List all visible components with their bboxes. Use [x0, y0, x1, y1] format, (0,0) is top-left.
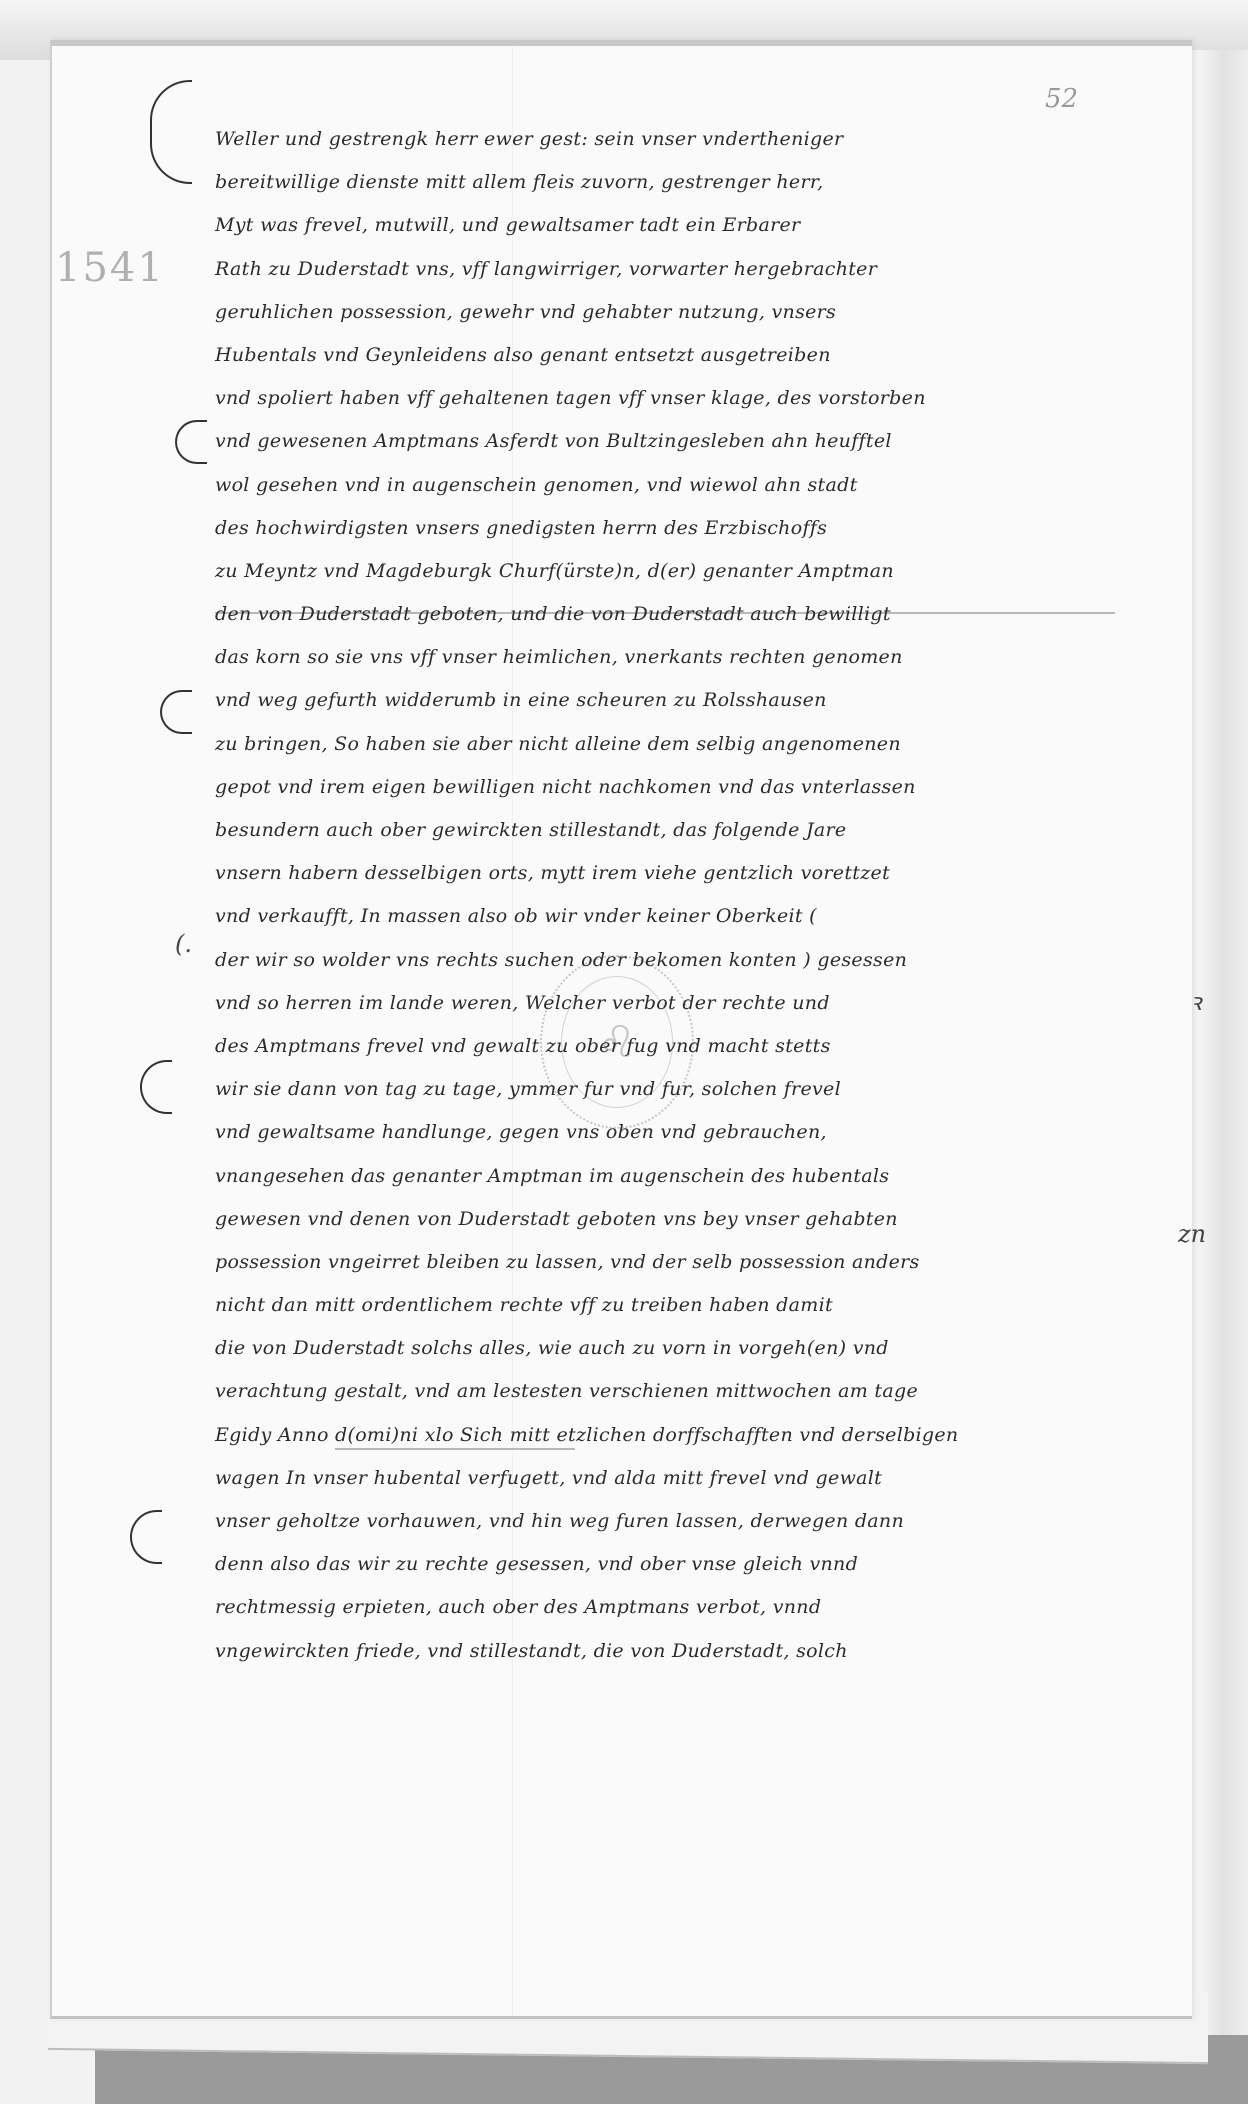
right-margin-mark: ꝛ: [1190, 985, 1201, 1018]
text-line: des Amptmans frevel vnd gewalt zu ober f…: [215, 1025, 1115, 1068]
text-line: vnd gewesenen Amptmans Asferdt von Bultz…: [215, 420, 1115, 463]
text-line: gewesen vnd denen von Duderstadt geboten…: [215, 1198, 1115, 1241]
text-line: vnangesehen das genanter Amptman im auge…: [215, 1155, 1115, 1198]
text-line: des hochwirdigsten vnsers gnedigsten her…: [215, 507, 1115, 550]
text-line: Weller und gestrengk herr ewer gest: sei…: [215, 118, 1115, 161]
text-line: wol gesehen vnd in augenschein genomen, …: [215, 464, 1115, 507]
text-line: den von Duderstadt geboten, und die von …: [215, 593, 1115, 636]
text-line: zu Meyntz vnd Magdeburgk Churf(ürste)n, …: [215, 550, 1115, 593]
text-line: vnd weg gefurth widderumb in eine scheur…: [215, 679, 1115, 722]
text-line: vngewirckten friede, vnd stillestandt, d…: [215, 1630, 1115, 1673]
text-line: Rath zu Duderstadt vns, vff langwirriger…: [215, 248, 1115, 291]
text-line: wir sie dann von tag zu tage, ymmer fur …: [215, 1068, 1115, 1111]
text-line: Hubentals vnd Geynleidens also genant en…: [215, 334, 1115, 377]
folio-number: 52: [1045, 84, 1078, 114]
text-line: nicht dan mitt ordentlichem rechte vff z…: [215, 1284, 1115, 1327]
text-line: Egidy Anno d(omi)ni xlo Sich mitt etzlic…: [215, 1414, 1115, 1457]
text-line: wagen In vnser hubental verfugett, vnd a…: [215, 1457, 1115, 1500]
text-line: vnd so herren im lande weren, Welcher ve…: [215, 982, 1115, 1025]
text-line: vnd verkaufft, In massen also ob wir vnd…: [215, 895, 1115, 938]
manuscript-text: Weller und gestrengk herr ewer gest: sei…: [215, 118, 1115, 1673]
text-line: rechtmessig erpieten, auch ober des Ampt…: [215, 1586, 1115, 1629]
text-line: vnd gewaltsame handlunge, gegen vns oben…: [215, 1111, 1115, 1154]
text-line: bereitwillige dienste mitt allem fleis z…: [215, 161, 1115, 204]
text-line: vnser geholtze vorhauwen, vnd hin weg fu…: [215, 1500, 1115, 1543]
text-line: verachtung gestalt, vnd am lestesten ver…: [215, 1370, 1115, 1413]
text-line: die von Duderstadt solchs alles, wie auc…: [215, 1327, 1115, 1370]
text-line: geruhlichen possession, gewehr vnd gehab…: [215, 291, 1115, 334]
text-line: possession vngeirret bleiben zu lassen, …: [215, 1241, 1115, 1284]
text-line: besundern auch ober gewirckten stillesta…: [215, 809, 1115, 852]
left-margin-mark: (.: [175, 930, 192, 958]
text-line: vnd spoliert haben vff gehaltenen tagen …: [215, 377, 1115, 420]
margin-year-note: 1541: [55, 245, 165, 291]
text-line: Myt was frevel, mutwill, und gewaltsamer…: [215, 204, 1115, 247]
text-line: denn also das wir zu rechte gesessen, vn…: [215, 1543, 1115, 1586]
text-line: das korn so sie vns vff vnser heimlichen…: [215, 636, 1115, 679]
text-line: zu bringen, So haben sie aber nicht alle…: [215, 723, 1115, 766]
text-line: gepot vnd irem eigen bewilligen nicht na…: [215, 766, 1115, 809]
text-line: der wir so wolder vns rechts suchen oder…: [215, 939, 1115, 982]
text-line: vnsern habern desselbigen orts, mytt ire…: [215, 852, 1115, 895]
right-margin-mark: zn: [1178, 1220, 1206, 1248]
